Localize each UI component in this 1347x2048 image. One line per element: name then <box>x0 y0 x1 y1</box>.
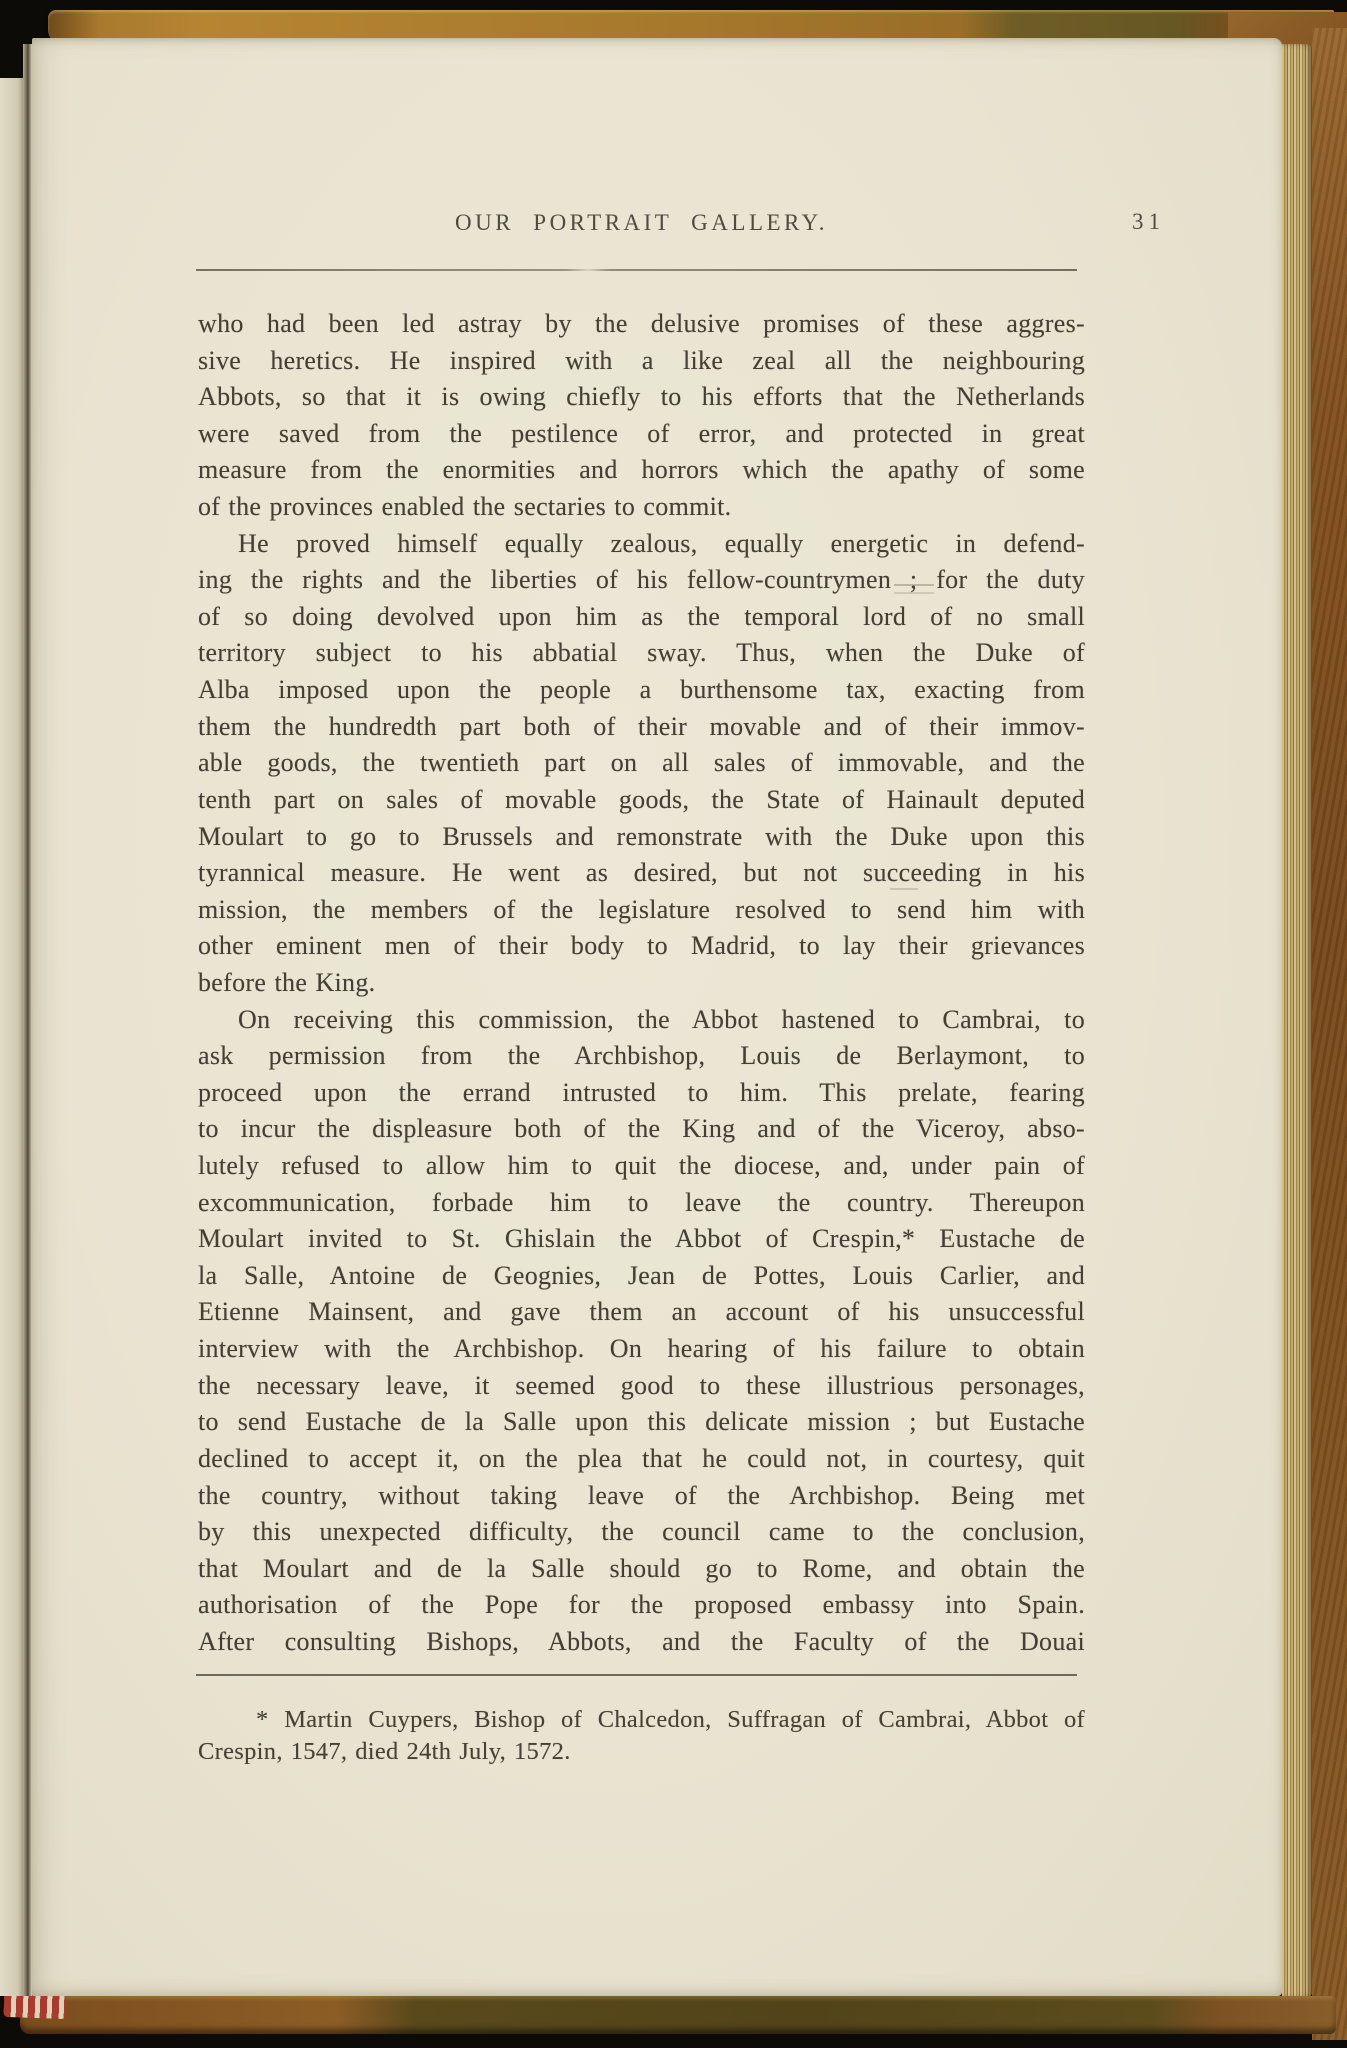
text-line: tenth part on sales of movable goods, th… <box>198 782 1085 819</box>
text-line: Alba imposed upon the people a burthenso… <box>198 672 1085 709</box>
text-line: On receiving this commission, the Abbot … <box>198 1002 1085 1039</box>
text-line: measure from the enormities and horrors … <box>198 452 1085 489</box>
text-line: the necessary leave, it seemed good to t… <box>198 1368 1085 1405</box>
text-line: who had been led astray by the delusive … <box>198 306 1085 343</box>
text-line: tyrannical measure. He went as desired, … <box>198 855 1085 892</box>
text-line: them the hundredth part both of their mo… <box>198 709 1085 746</box>
text-line: by this unexpected difficulty, the counc… <box>198 1514 1085 1551</box>
text-line: Moulart invited to St. Ghislain the Abbo… <box>198 1221 1085 1258</box>
text-line: Etienne Mainsent, and gave them an accou… <box>198 1294 1085 1331</box>
text-line: were saved from the pestilence of error,… <box>198 416 1085 453</box>
text-line: of so doing devolved upon him as the tem… <box>198 599 1085 636</box>
text-line: ing the rights and the liberties of his … <box>198 562 1085 599</box>
text-line: of the provinces enabled the sectaries t… <box>198 489 1085 526</box>
text-line: to send Eustache de la Salle upon this d… <box>198 1404 1085 1441</box>
text-line: that Moulart and de la Salle should go t… <box>198 1551 1085 1588</box>
margin-mark <box>890 888 918 890</box>
text-line: Moulart to go to Brussels and remonstrat… <box>198 819 1085 856</box>
text-line: Abbots, so that it is owing chiefly to h… <box>198 379 1085 416</box>
binding-gutter <box>23 44 32 1996</box>
text-line: lutely refused to allow him to quit the … <box>198 1148 1085 1185</box>
text-line: other eminent men of their body to Madri… <box>198 928 1085 965</box>
footnote: * Martin Cuypers, Bishop of Chalcedon, S… <box>198 1704 1085 1767</box>
text-line: He proved himself equally zealous, equal… <box>198 526 1085 563</box>
paragraph: On receiving this commission, the Abbot … <box>198 1002 1085 1661</box>
paragraph: He proved himself equally zealous, equal… <box>198 526 1085 1002</box>
running-header: OUR PORTRAIT GALLERY. <box>198 210 1085 236</box>
text-line: to incur the displeasure both of the Kin… <box>198 1111 1085 1148</box>
margin-mark <box>894 584 934 586</box>
text-line: proceed upon the errand intrusted to him… <box>198 1075 1085 1112</box>
cover-right-leather <box>1312 28 1347 2040</box>
text-line: before the King. <box>198 965 1085 1002</box>
text-line: ask permission from the Archbishop, Loui… <box>198 1038 1085 1075</box>
footnote-line: * Martin Cuypers, Bishop of Chalcedon, S… <box>198 1704 1085 1736</box>
text-line: mission, the members of the legislature … <box>198 892 1085 929</box>
text-line: interview with the Archbishop. On hearin… <box>198 1331 1085 1368</box>
paragraph: who had been led astray by the delusive … <box>198 306 1085 526</box>
text-line: la Salle, Antoine de Geognies, Jean de P… <box>198 1258 1085 1295</box>
text-line: declined to accept it, on the plea that … <box>198 1441 1085 1478</box>
footnote-line: Crespin, 1547, died 24th July, 1572. <box>198 1736 1085 1768</box>
header-rule <box>196 269 1077 271</box>
book-page: OUR PORTRAIT GALLERY. 31 who had been le… <box>32 38 1282 1996</box>
text-line: excommunication, forbade him to leave th… <box>198 1185 1085 1222</box>
body-text: who had been led astray by the delusive … <box>198 306 1085 1661</box>
text-line: sive heretics. He inspired with a like z… <box>198 343 1085 380</box>
text-line: territory subject to his abbatial sway. … <box>198 635 1085 672</box>
text-line: After consulting Bishops, Abbots, and th… <box>198 1624 1085 1661</box>
facing-page-edge <box>0 78 23 1996</box>
text-line: able goods, the twentieth part on all sa… <box>198 745 1085 782</box>
text-line: the country, without taking leave of the… <box>198 1478 1085 1515</box>
page-edge-stack <box>1282 44 1312 1998</box>
text-line: authorisation of the Pope for the propos… <box>198 1587 1085 1624</box>
footnote-rule <box>196 1674 1077 1676</box>
bottom-endband-stripes <box>4 1993 67 2019</box>
book-bottom-edge <box>20 1996 1336 2034</box>
page-number: 31 <box>1132 209 1165 235</box>
